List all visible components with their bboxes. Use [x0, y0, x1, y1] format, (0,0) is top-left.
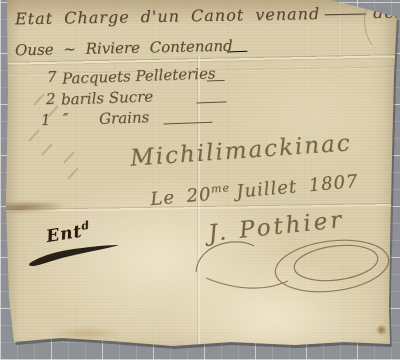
title-text: Etat Charge d'un Canot venand	[15, 4, 320, 28]
title-line: Etat Charge d'un Canot venand—des	[15, 3, 400, 29]
ink-bleedthrough-mark	[33, 93, 45, 105]
cargo-dash: —	[161, 112, 216, 132]
origin-dash: —	[226, 41, 249, 60]
ink-bleedthrough-mark	[67, 167, 79, 179]
endorsement-superscript: d	[80, 219, 91, 233]
origin-line: Ouse ~ Riviere Contenand	[15, 37, 233, 60]
cargo-dash: —	[206, 70, 226, 89]
cargo-item: barils Sucre	[61, 87, 154, 108]
bottom-right-stain-spot	[375, 325, 388, 335]
endorsement-text: Ent	[45, 222, 84, 247]
cargo-qty: 7	[47, 68, 57, 86]
cargo-item: Pacquets Pelleteries	[62, 64, 216, 87]
cargo-item: Grains	[99, 108, 150, 128]
cargo-qty: 1	[41, 111, 51, 129]
endorsement-ink-swash	[29, 245, 119, 266]
date-month-year: Juillet 1807	[235, 171, 359, 203]
signature: J. Pothier	[207, 207, 345, 247]
cargo-ditto-mark: ″	[63, 110, 69, 128]
place-line: Michilimackinac	[129, 130, 352, 171]
endorsement-mark: Entd	[45, 219, 93, 247]
ink-bleedthrough-mark	[28, 129, 40, 141]
photo-canvas: Etat Charge d'un Canot venand—des Ouse ~…	[0, 0, 400, 360]
ink-bleedthrough-mark	[41, 143, 53, 155]
cargo-dash: —	[195, 92, 229, 111]
date-ordinal: me	[210, 181, 230, 196]
cargo-qty: 2	[46, 90, 56, 108]
left-edge-ink-stain	[0, 200, 64, 214]
ink-bleedthrough-mark	[63, 151, 75, 163]
manuscript-paper: Etat Charge d'un Canot venand—des Ouse ~…	[0, 0, 400, 360]
